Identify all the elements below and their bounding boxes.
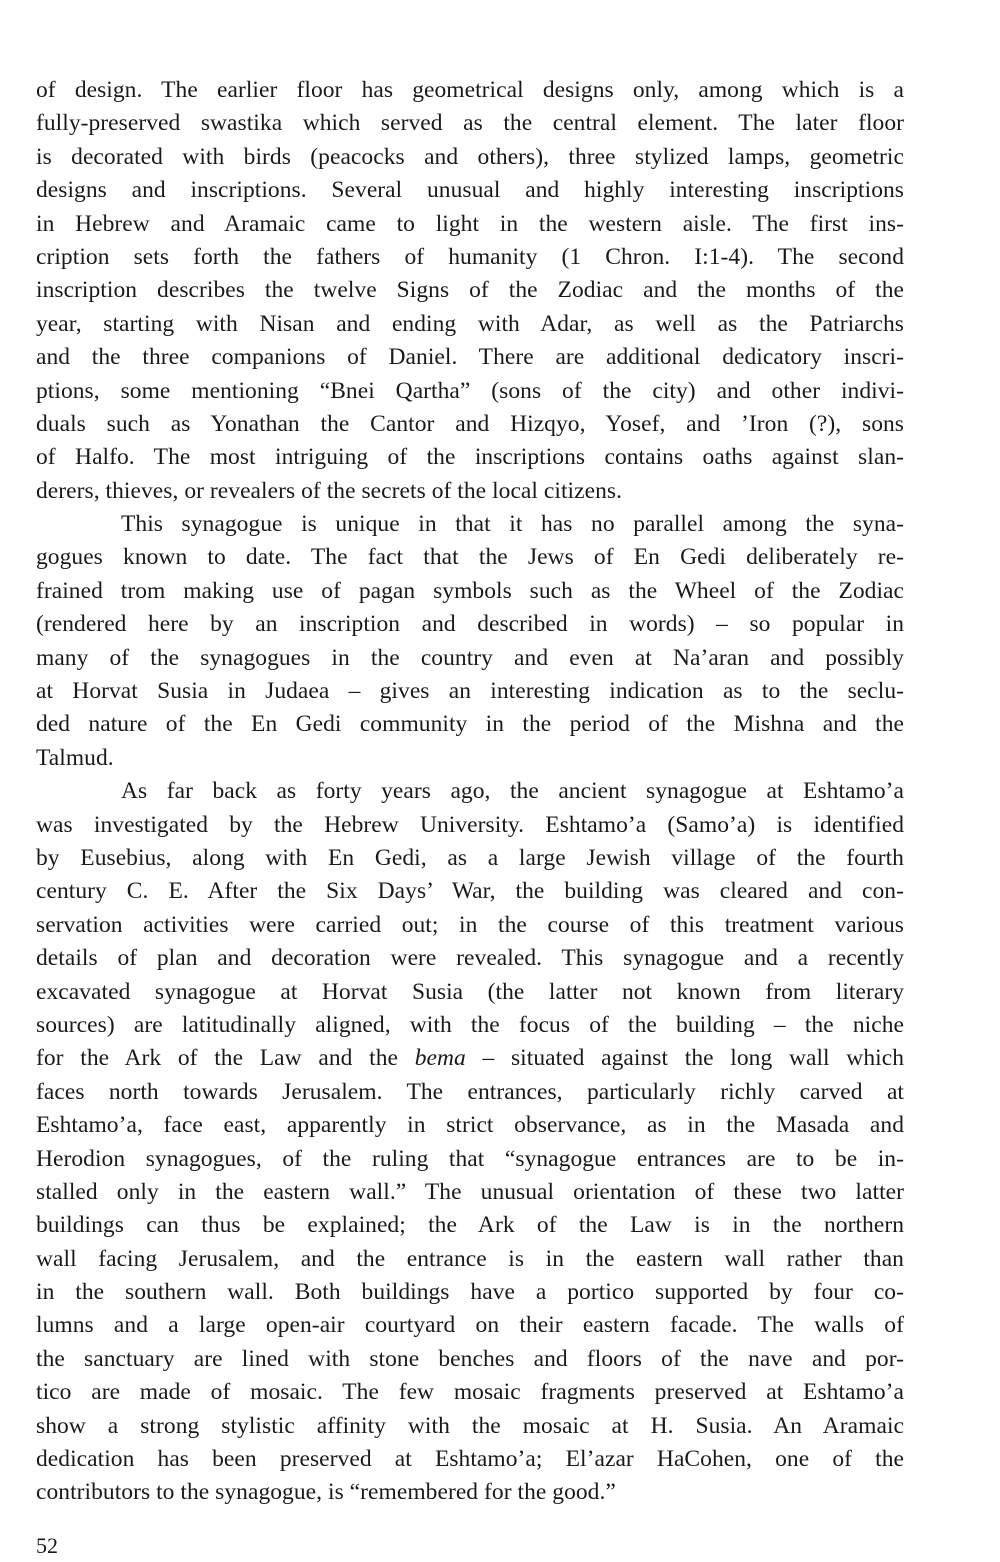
text-line: fully-preserved swastika which served as…: [36, 107, 904, 140]
text-line: by Eusebius, along with En Gedi, as a la…: [36, 842, 904, 875]
document-page: of design. The earlier floor has geometr…: [0, 0, 1000, 1562]
text-line: of design. The earlier floor has geometr…: [36, 74, 904, 107]
text-line: frained trom making use of pagan symbols…: [36, 575, 904, 608]
text-line: at Horvat Susia in Judaea – gives an int…: [36, 675, 904, 708]
text-line: buildings can thus be explained; the Ark…: [36, 1209, 904, 1242]
page-number: 52: [36, 1533, 58, 1559]
text-line: year, starting with Nisan and ending wit…: [36, 308, 904, 341]
text-line: derers, thieves, or revealers of the sec…: [36, 475, 904, 508]
text-line: Eshtamo’a, face east, apparently in stri…: [36, 1109, 904, 1142]
paragraph: of design. The earlier floor has geometr…: [36, 74, 904, 508]
text-line: duals such as Yonathan the Cantor and Hi…: [36, 408, 904, 441]
paragraph: This synagogue is unique in that it has …: [36, 508, 904, 775]
text-line: in Hebrew and Aramaic came to light in t…: [36, 208, 904, 241]
text-line: Herodion synagogues, of the ruling that …: [36, 1143, 904, 1176]
text-line: was investigated by the Hebrew Universit…: [36, 809, 904, 842]
text-line: excavated synagogue at Horvat Susia (the…: [36, 976, 904, 1009]
text-line: wall facing Jerusalem, and the entrance …: [36, 1243, 904, 1276]
text-line: of Halfo. The most intriguing of the ins…: [36, 441, 904, 474]
text-line: sources) are latitudinally aligned, with…: [36, 1009, 904, 1042]
text-line: ded nature of the En Gedi community in t…: [36, 708, 904, 741]
text-line: As far back as forty years ago, the anci…: [36, 775, 904, 808]
text-line: stalled only in the eastern wall.” The u…: [36, 1176, 904, 1209]
text-line: century C. E. After the Six Days’ War, t…: [36, 875, 904, 908]
text-line: dedication has been preserved at Eshtamo…: [36, 1443, 904, 1476]
text-line: the sanctuary are lined with stone bench…: [36, 1343, 904, 1376]
body-text: of design. The earlier floor has geometr…: [36, 74, 904, 1510]
text-line: many of the synagogues in the country an…: [36, 642, 904, 675]
text-line: servation activities were carried out; i…: [36, 909, 904, 942]
text-line: Talmud.: [36, 742, 904, 775]
text-line: is decorated with birds (peacocks and ot…: [36, 141, 904, 174]
text-line: cription sets forth the fathers of human…: [36, 241, 904, 274]
text-line: and the three companions of Daniel. Ther…: [36, 341, 904, 374]
text-line: inscription describes the twelve Signs o…: [36, 274, 904, 307]
text-line: faces north towards Jerusalem. The entra…: [36, 1076, 904, 1109]
text-line: lumns and a large open-air courtyard on …: [36, 1309, 904, 1342]
text-line: designs and inscriptions. Several unusua…: [36, 174, 904, 207]
text-line: This synagogue is unique in that it has …: [36, 508, 904, 541]
text-line: contributors to the synagogue, is “remem…: [36, 1476, 904, 1509]
text-line: (rendered here by an inscription and des…: [36, 608, 904, 641]
text-line: for the Ark of the Law and the bema – si…: [36, 1042, 904, 1075]
text-line: show a strong stylistic affinity with th…: [36, 1410, 904, 1443]
text-line: details of plan and decoration were reve…: [36, 942, 904, 975]
text-line: in the southern wall. Both buildings hav…: [36, 1276, 904, 1309]
text-line: tico are made of mosaic. The few mosaic …: [36, 1376, 904, 1409]
text-line: ptions, some mentioning “Bnei Qartha” (s…: [36, 375, 904, 408]
paragraph: As far back as forty years ago, the anci…: [36, 775, 904, 1510]
text-line: gogues known to date. The fact that the …: [36, 541, 904, 574]
